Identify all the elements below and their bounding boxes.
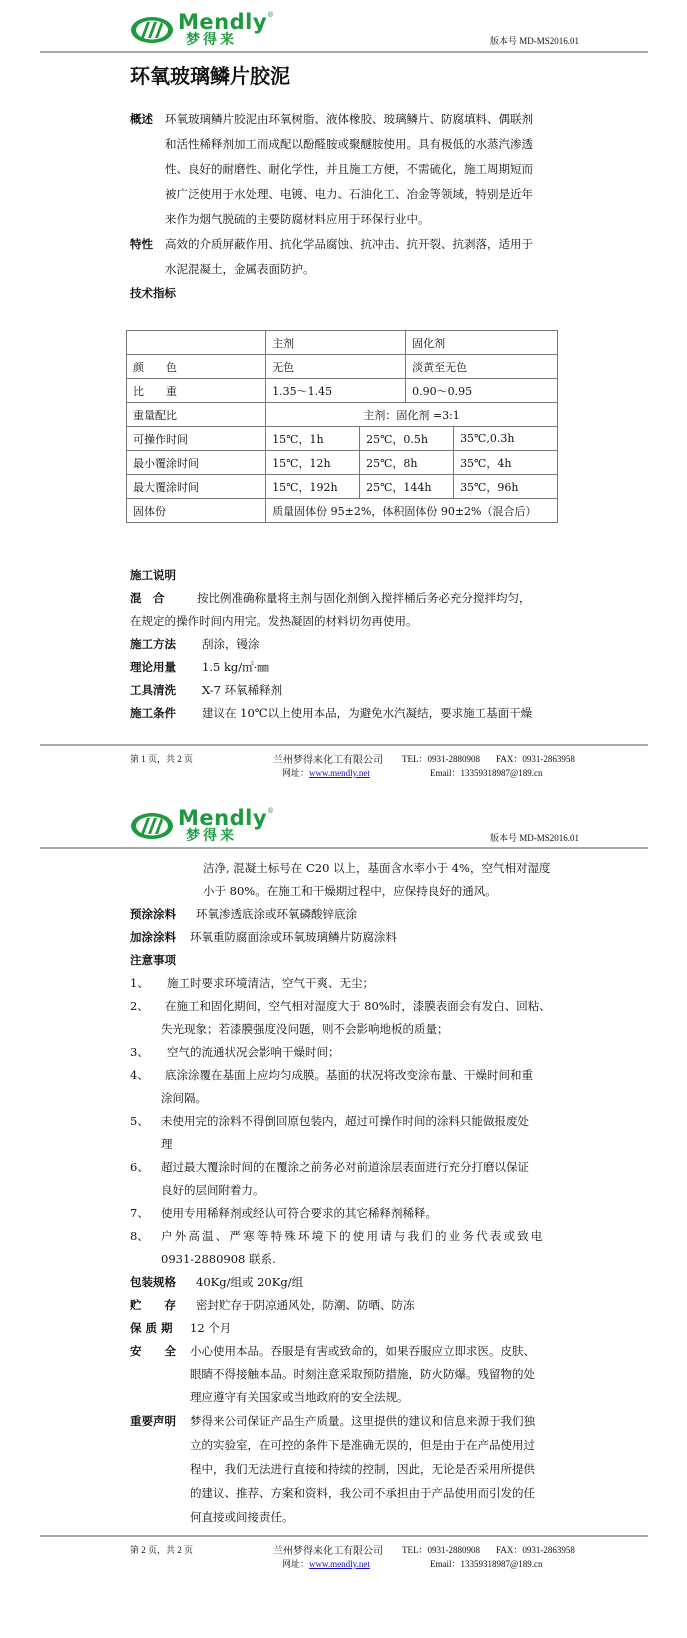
table-row: 比 重 1.35～1.45 0.90～0.95 xyxy=(127,379,558,403)
brand-name-en: Mendly xyxy=(178,10,267,34)
table-cell: 1.35～1.45 xyxy=(266,379,406,403)
disclaimer-label: 重要声明 xyxy=(130,1414,176,1428)
shelf-life-label: 保 质 期 xyxy=(130,1321,173,1335)
note-line: 空气的流通状况会影响干燥时间； xyxy=(167,1045,340,1059)
fax: FAX：0931-2863958 xyxy=(496,1543,575,1556)
table-cell: 15℃，12h xyxy=(266,451,360,475)
note-number: 3、 xyxy=(130,1045,149,1059)
header-divider xyxy=(40,847,648,849)
page-number: 第 1 页，共 2 页 xyxy=(130,752,193,765)
features-label: 特性 xyxy=(130,237,153,251)
disclaimer-line: 何直接或间接责任。 xyxy=(190,1510,294,1524)
conditions-line: 洁净, 混凝土标号在 C20 以上，基面含水率小于 4%，空气相对湿度 xyxy=(203,861,550,875)
website-link[interactable]: www.mendly.net xyxy=(309,768,370,778)
conditions-label: 施工条件 xyxy=(130,706,176,720)
overview-line: 环氧玻璃鳞片胶泥由环氧树脂、液体橡胶、玻璃鳞片、防腐填料、偶联剂 xyxy=(165,112,533,126)
note-line: 未使用完的涂料不得倒回原包装内，超过可操作时间的涂料只能做报废处 xyxy=(161,1114,529,1128)
table-cell: 35℃,0.3h xyxy=(454,427,558,451)
brand-logo: Mendly® 梦得来 xyxy=(130,12,274,47)
table-cell: 35℃，4h xyxy=(454,451,558,475)
fax: FAX：0931-2863958 xyxy=(496,752,575,765)
page-number: 第 2 页，共 2 页 xyxy=(130,1543,193,1556)
topcoat-value: 环氧重防腐面涂或环氧玻璃鳞片防腐涂料 xyxy=(190,930,397,944)
storage-label: 贮 存 xyxy=(130,1298,176,1312)
coverage-label: 理论用量 xyxy=(130,660,176,674)
note-line: 涂间隔。 xyxy=(161,1091,207,1105)
table-cell: 25℃，8h xyxy=(360,451,454,475)
cleaning-value: X-7 环氧稀释剂 xyxy=(202,683,282,697)
coverage-value: 1.5 kg/㎡·㎜ xyxy=(202,660,269,674)
note-line: 在施工和固化期间，空气相对湿度大于 80%时，漆膜表面会有发白、回粘、 xyxy=(165,999,551,1013)
note-line: 失光现象；若漆膜强度没问题，则不会影响地板的质量； xyxy=(161,1022,449,1036)
website-label: 网址： xyxy=(282,768,309,778)
note-line: 理 xyxy=(161,1137,173,1151)
table-cell: 比 重 xyxy=(127,379,266,403)
table-cell: 15℃，192h xyxy=(266,475,360,499)
brand-name-cn: 梦得来 xyxy=(186,829,274,843)
header-divider xyxy=(40,51,648,53)
safety-label: 安 全 xyxy=(130,1344,176,1358)
conditions-line: 建议在 10℃以上使用本品，为避免水汽凝结，要求施工基面干燥 xyxy=(202,706,532,720)
table-row: 最大覆涂时间 15℃，192h 25℃，144h 35℃，96h xyxy=(127,475,558,499)
note-line: 0931-2880908 联系. xyxy=(161,1252,276,1266)
note-number: 5、 xyxy=(130,1114,149,1128)
notes-heading: 注意事项 xyxy=(130,953,176,967)
table-cell: 15℃，1h xyxy=(266,427,360,451)
topcoat-label: 加涂涂料 xyxy=(130,930,176,944)
application-heading: 施工说明 xyxy=(130,568,176,582)
website-label: 网址： xyxy=(282,1559,309,1569)
disclaimer-line: 梦得来公司保证产品生产质量。这里提供的建议和信息来源于我们独 xyxy=(190,1414,535,1428)
brand-name-cn: 梦得来 xyxy=(186,33,274,47)
table-header-cell: 固化剂 xyxy=(406,331,558,355)
company-name: 兰州梦得来化工有限公司 xyxy=(273,751,383,766)
brand-name-en: Mendly xyxy=(178,806,267,830)
table-cell: 最大覆涂时间 xyxy=(127,475,266,499)
safety-line: 小心使用本品。吞服是有害或致命的，如果吞服应立即求医。皮肤、 xyxy=(190,1344,535,1358)
shelf-life-value: 12 个月 xyxy=(190,1321,231,1335)
disclaimer-line: 立的实验室，在可控的条件下是准确无误的，但是由于在产品使用过 xyxy=(190,1438,535,1452)
website: 网址：www.mendly.net xyxy=(282,1557,370,1570)
overview-line: 来作为烟气脱硫的主要防腐材料应用于环保行业中。 xyxy=(165,212,430,226)
email: Email：13359318987@189.cn xyxy=(430,766,543,779)
table-cell: 固体份 xyxy=(127,499,266,523)
note-line: 底涂涂覆在基面上应均匀成膜。基面的状况将改变涂布量、干燥时间和重 xyxy=(165,1068,533,1082)
table-row: 固体份 质量固体份 95±2%，体积固体份 90±2%（混合后） xyxy=(127,499,558,523)
table-row: 可操作时间 15℃，1h 25℃，0.5h 35℃,0.3h xyxy=(127,427,558,451)
mixing-label: 混 合 xyxy=(130,591,165,605)
note-number: 2、 xyxy=(130,999,149,1013)
table-cell: 35℃，96h xyxy=(454,475,558,499)
email: Email：13359318987@189.cn xyxy=(430,1557,543,1570)
table-cell: 最小覆涂时间 xyxy=(127,451,266,475)
table-cell: 可操作时间 xyxy=(127,427,266,451)
brand-logo: Mendly® 梦得来 xyxy=(130,808,274,843)
method-label: 施工方法 xyxy=(130,637,176,651)
cleaning-label: 工具清洗 xyxy=(130,683,176,697)
note-line: 使用专用稀释剂或经认可符合要求的其它稀释剂稀释。 xyxy=(161,1206,437,1220)
company-name: 兰州梦得来化工有限公司 xyxy=(273,1542,383,1557)
website: 网址：www.mendly.net xyxy=(282,766,370,779)
tech-heading: 技术指标 xyxy=(130,286,176,300)
telephone: TEL：0931-2880908 xyxy=(402,1543,480,1556)
version-number: 版本号 MD-MS2016.01 xyxy=(490,34,579,47)
table-row: 最小覆涂时间 15℃，12h 25℃，8h 35℃，4h xyxy=(127,451,558,475)
table-cell: 淡黄至无色 xyxy=(406,355,558,379)
footer-divider xyxy=(40,1535,648,1537)
footer-divider xyxy=(40,744,648,746)
safety-line: 眼睛不得接触本品。时刻注意采取预防措施，防火防爆。残留物的处 xyxy=(190,1367,535,1381)
note-number: 6、 xyxy=(130,1160,149,1174)
note-line: 超过最大覆涂时间的在覆涂之前务必对前道涂层表面进行充分打磨以保证 xyxy=(161,1160,529,1174)
note-number: 4、 xyxy=(130,1068,149,1082)
note-number: 8、 xyxy=(130,1229,149,1243)
registered-mark: ® xyxy=(267,11,274,19)
note-line: 施工时要求环境清洁，空气干爽、无尘； xyxy=(167,976,374,990)
features-line: 水泥混凝土，金属表面防护。 xyxy=(165,262,315,276)
table-cell: 无色 xyxy=(266,355,406,379)
overview-label: 概述 xyxy=(130,112,153,126)
note-number: 7、 xyxy=(130,1206,149,1220)
table-cell: 颜 色 xyxy=(127,355,266,379)
table-cell: 25℃，144h xyxy=(360,475,454,499)
primer-value: 环氧渗透底涂或环氧磷酸锌底涂 xyxy=(196,907,357,921)
note-number: 1、 xyxy=(130,976,149,990)
disclaimer-line: 的建议、推荐、方案和资料，我公司不承担由于产品使用而引发的任 xyxy=(190,1486,535,1500)
overview-line: 性、良好的耐磨性、耐化学性，并且施工方便，不需硫化，施工周期短而 xyxy=(165,162,533,176)
telephone: TEL：0931-2880908 xyxy=(402,752,480,765)
spec-table: 主剂 固化剂 颜 色 无色 淡黄至无色 比 重 1.35～1.45 0.90～0… xyxy=(126,330,558,523)
registered-mark: ® xyxy=(267,807,274,815)
method-value: 刮涂，镘涂 xyxy=(202,637,260,651)
mixing-line: 在规定的操作时间内用完。发热凝固的材料切勿再使用。 xyxy=(130,614,418,628)
page-title: 环氧玻璃鳞片胶泥 xyxy=(130,60,290,89)
table-cell xyxy=(127,331,266,355)
packaging-value: 40Kg/组或 20Kg/组 xyxy=(196,1275,303,1289)
packaging-label: 包装规格 xyxy=(130,1275,176,1289)
table-row: 主剂 固化剂 xyxy=(127,331,558,355)
overview-line: 被广泛使用于水处理、电镀、电力、石油化工、冶金等领域，特别是近年 xyxy=(165,187,533,201)
note-line: 户外高温、严寒等特殊环境下的使用请与我们的业务代表或致电 xyxy=(161,1229,545,1243)
table-cell: 主剂：固化剂 =3:1 xyxy=(266,403,558,427)
overview-line: 和活性稀释剂加工而成配以酚醛胺或聚醚胺使用。具有极低的水蒸汽渗透 xyxy=(165,137,533,151)
features-line: 高效的介质屏蔽作用、抗化学品腐蚀、抗冲击、抗开裂、抗剥落，适用于 xyxy=(165,237,533,251)
table-cell: 重量配比 xyxy=(127,403,266,427)
mixing-line: 按比例准确称量将主剂与固化剂倒入搅拌桶后务必充分搅拌均匀， xyxy=(197,591,531,605)
mendly-logo-icon xyxy=(130,812,174,840)
table-cell: 质量固体份 95±2%，体积固体份 90±2%（混合后） xyxy=(266,499,558,523)
website-link[interactable]: www.mendly.net xyxy=(309,1559,370,1569)
mendly-logo-icon xyxy=(130,16,174,44)
version-number: 版本号 MD-MS2016.01 xyxy=(490,831,579,844)
storage-value: 密封贮存于阴凉通风处，防潮、防晒、防冻 xyxy=(196,1298,415,1312)
primer-label: 预涂涂料 xyxy=(130,907,176,921)
disclaimer-line: 程中，我们无法进行直接和持续的控制，因此，无论是否采用所提供 xyxy=(190,1462,535,1476)
table-row: 重量配比 主剂：固化剂 =3:1 xyxy=(127,403,558,427)
table-cell: 0.90～0.95 xyxy=(406,379,558,403)
table-cell: 25℃，0.5h xyxy=(360,427,454,451)
conditions-line: 小于 80%。在施工和干燥期过程中，应保持良好的通风。 xyxy=(203,884,497,898)
note-line: 良好的层间附着力。 xyxy=(161,1183,265,1197)
table-row: 颜 色 无色 淡黄至无色 xyxy=(127,355,558,379)
safety-line: 理应遵守有关国家或当地政府的安全法规。 xyxy=(190,1390,409,1404)
table-header-cell: 主剂 xyxy=(266,331,406,355)
